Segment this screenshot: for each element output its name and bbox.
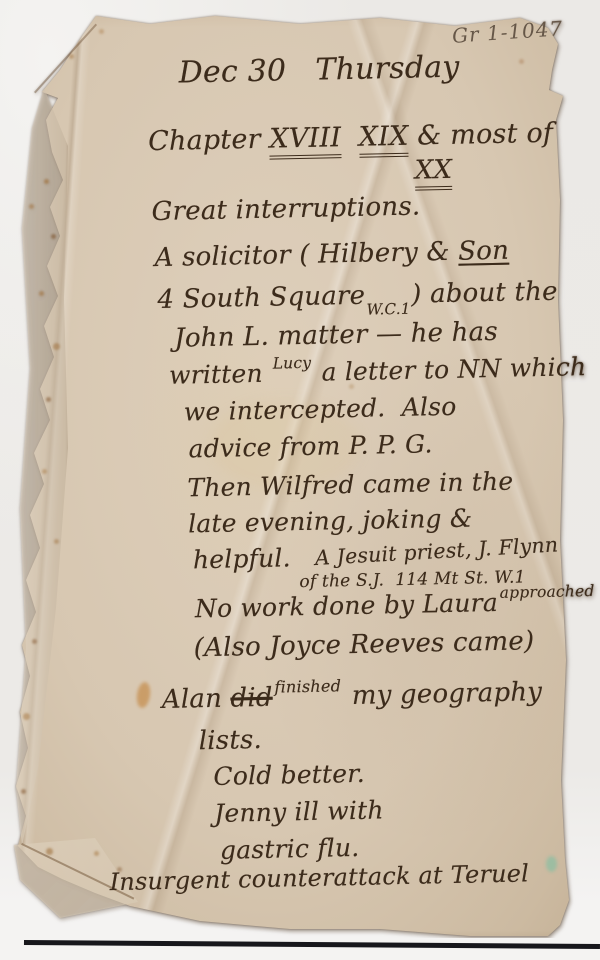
manuscript-text: (Also Joyce Reeves came) bbox=[193, 626, 534, 663]
manuscript-text: written bbox=[169, 359, 271, 390]
manuscript-line: Great interruptions. bbox=[151, 191, 420, 227]
manuscript-text: Dec 30 Thursday bbox=[178, 50, 459, 91]
manuscript-text: Alan bbox=[162, 684, 231, 715]
manuscript-line: written Lucy a letter to NN which bbox=[169, 352, 587, 390]
manuscript-text: XVIII bbox=[269, 122, 341, 159]
manuscript-text bbox=[341, 122, 359, 153]
manuscript-text: late evening, joking & bbox=[188, 503, 473, 538]
manuscript-text: & most of bbox=[408, 118, 553, 152]
manuscript-text: gastric flu. bbox=[220, 833, 360, 865]
manuscript-line: Chapter XVIII XIX & most of bbox=[148, 118, 554, 157]
manuscript-lines: Dec 30 ThursdayChapter XVIII XIX & most … bbox=[0, 0, 600, 960]
manuscript-line: Alan didfinished my geography bbox=[162, 677, 543, 715]
manuscript-text: A Jesuit priest, J. Flynn bbox=[315, 532, 560, 570]
manuscript-line: we intercepted. Also bbox=[184, 392, 457, 427]
manuscript-text: John L. matter — he has bbox=[174, 317, 498, 354]
manuscript-text: Cold better. bbox=[213, 759, 365, 791]
manuscript-text: finished bbox=[274, 676, 341, 696]
manuscript-text: Chapter bbox=[148, 124, 270, 158]
manuscript-text: XIX bbox=[358, 121, 408, 158]
manuscript-line: advice from P. P. G. bbox=[188, 429, 433, 463]
manuscript-text: we intercepted. Also bbox=[184, 392, 457, 427]
manuscript-text: approached bbox=[500, 582, 595, 602]
manuscript-text: a letter to NN which bbox=[313, 352, 586, 387]
manuscript-text: Lucy bbox=[273, 354, 312, 373]
manuscript-text: A solicitor ( Hilbery & bbox=[154, 237, 458, 273]
manuscript-line: gastric flu. bbox=[220, 833, 360, 865]
manuscript-line: lists. bbox=[198, 725, 262, 756]
manuscript-line: Then Wilfred came in the bbox=[187, 467, 514, 503]
manuscript-line: Dec 30 Thursday bbox=[178, 50, 459, 91]
manuscript-text: 4 South Square bbox=[157, 281, 365, 315]
manuscript-text: Jenny ill with bbox=[214, 795, 384, 828]
manuscript-text: No work done by Laura bbox=[195, 588, 499, 623]
manuscript-line: XX bbox=[414, 155, 452, 186]
manuscript-line: Insurgent counterattack at Teruel bbox=[109, 859, 529, 896]
manuscript-text: Then Wilfred came in the bbox=[187, 467, 514, 503]
manuscript-line: 4 South SquareW.C.1) about the bbox=[157, 277, 558, 315]
manuscript-text: did bbox=[230, 683, 273, 714]
manuscript-line: John L. matter — he has bbox=[174, 317, 498, 354]
manuscript-text: Great interruptions. bbox=[151, 191, 420, 227]
manuscript-text: lists. bbox=[198, 725, 262, 756]
manuscript-text: helpful. bbox=[193, 543, 316, 575]
manuscript-text: XX bbox=[414, 155, 452, 191]
manuscript-text: my geography bbox=[343, 677, 542, 711]
scanned-diary-page-scene: Gr 1-1047 Dec 30 ThursdayChapter XVIII X… bbox=[0, 0, 600, 960]
manuscript-line: Cold better. bbox=[213, 759, 365, 791]
manuscript-text: advice from P. P. G. bbox=[188, 429, 433, 463]
manuscript-line: Jenny ill with bbox=[214, 795, 384, 828]
manuscript-text: Son bbox=[458, 236, 509, 267]
manuscript-line: No work done by Lauraapproached bbox=[195, 586, 597, 623]
manuscript-line: late evening, joking & bbox=[188, 503, 473, 538]
manuscript-line: A solicitor ( Hilbery & Son bbox=[154, 236, 509, 273]
manuscript-text: Insurgent counterattack at Teruel bbox=[109, 859, 529, 896]
manuscript-text: ) about the bbox=[411, 277, 558, 310]
manuscript-text: W.C.1 bbox=[366, 300, 410, 319]
manuscript-line: (Also Joyce Reeves came) bbox=[193, 626, 534, 663]
manuscript-page: Gr 1-1047 Dec 30 ThursdayChapter XVIII X… bbox=[0, 0, 600, 960]
